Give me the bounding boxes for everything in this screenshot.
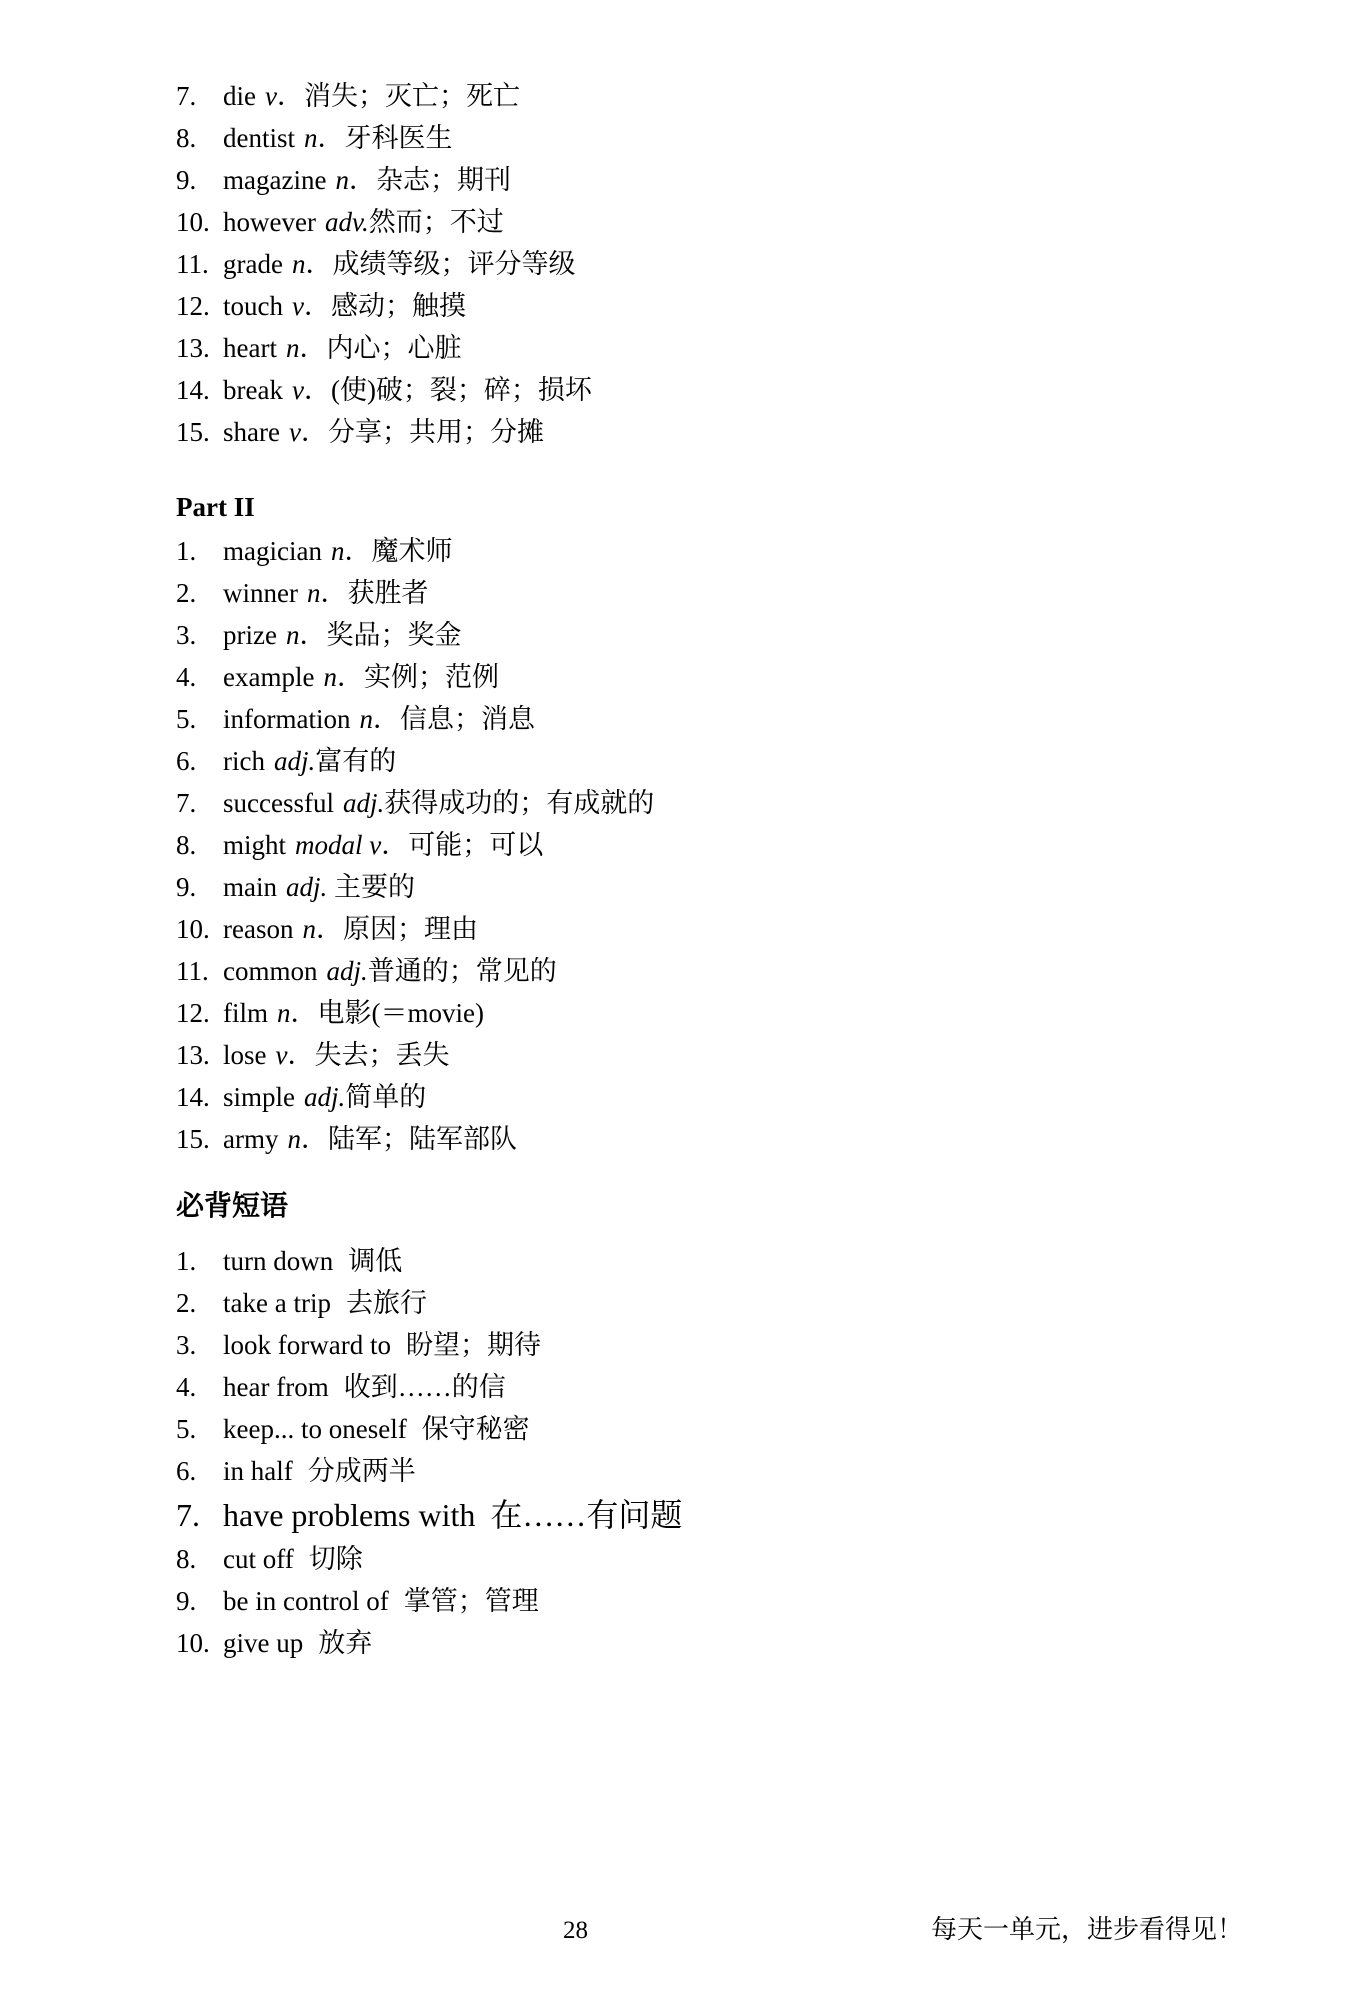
phrase-translation: 掌管；管理 [404,1586,539,1616]
item-translation: ．电影(＝movie) [291,998,484,1028]
phrase-text: be in control of [223,1586,389,1616]
item-translation: ．可能；可以 [381,830,543,860]
word-item: 6.richadj.富有的 [176,740,1275,782]
item-word: touch [223,291,283,321]
item-body: examplen．实例；范例 [223,656,1275,698]
phrase-item: 5.keep... to oneself保守秘密 [176,1408,1275,1450]
item-number: 9. [176,159,223,201]
item-body: winnern．获胜者 [223,572,1275,614]
item-body: magiciann．魔术师 [223,530,1275,572]
item-number: 7. [176,782,223,824]
item-word: main [223,872,277,902]
item-pos: v [289,417,301,447]
item-pos: adj. [274,746,315,776]
item-translation: ．杂志；期刊 [349,165,511,195]
item-number: 8. [176,824,223,866]
item-body: mightmodal v．可能；可以 [223,824,1275,866]
item-word: lose [223,1040,267,1070]
word-item: 11.commonadj.普通的；常见的 [176,950,1275,992]
phrase-translation: 去旅行 [346,1288,427,1318]
item-translation: ．魔术师 [344,536,452,566]
item-number: 3. [176,1324,223,1366]
item-translation: ．获胜者 [320,578,428,608]
item-pos: n [286,620,300,650]
word-item: 11.graden．成绩等级；评分等级 [176,243,1275,285]
item-number: 15. [176,411,223,453]
word-item: 15.armyn．陆军；陆军部队 [176,1118,1275,1160]
item-translation: ．陆军；陆军部队 [301,1124,517,1154]
item-body: keep... to oneself保守秘密 [223,1408,1275,1450]
word-item: 8.mightmodal v．可能；可以 [176,824,1275,866]
item-body: filmn．电影(＝movie) [223,992,1275,1034]
item-number: 10. [176,1622,223,1664]
item-word: magician [223,536,322,566]
part2-header: Part II [176,486,1275,528]
item-number: 12. [176,992,223,1034]
phrase-text: give up [223,1628,303,1658]
item-body: look forward to盼望；期待 [223,1324,1275,1366]
item-number: 2. [176,572,223,614]
phrase-item: 7.have problems with在……有问题 [176,1492,1275,1538]
item-body: take a trip去旅行 [223,1282,1275,1324]
phrase-text: take a trip [223,1288,331,1318]
item-body: in half分成两半 [223,1450,1275,1492]
word-item: 7.diev．消失；灭亡；死亡 [176,75,1275,117]
item-body: reasonn．原因；理由 [223,908,1275,950]
item-body: turn down调低 [223,1240,1275,1282]
word-item: 9.mainadj. 主要的 [176,866,1275,908]
item-word: reason [223,914,293,944]
phrase-item: 4.hear from收到……的信 [176,1366,1275,1408]
item-number: 13. [176,327,223,369]
item-number: 9. [176,866,223,908]
item-pos: adj. [304,1082,345,1112]
word-item: 12.filmn．电影(＝movie) [176,992,1275,1034]
item-translation: 主要的 [327,872,415,902]
item-pos: modal v [295,830,381,860]
word-item: 13.losev．失去；丢失 [176,1034,1275,1076]
item-translation: ．奖品；奖金 [299,620,461,650]
item-body: losev．失去；丢失 [223,1034,1275,1076]
item-pos: n [331,536,345,566]
item-body: graden．成绩等级；评分等级 [223,243,1275,285]
page-content: 7.diev．消失；灭亡；死亡 8.dentistn．牙科医生 9.magazi… [176,75,1275,1664]
document-page: 7.diev．消失；灭亡；死亡 8.dentistn．牙科医生 9.magazi… [0,0,1345,2003]
item-translation: ．实例；范例 [337,662,499,692]
phrase-translation: 放弃 [318,1628,372,1658]
item-body: heartn．内心；心脏 [223,327,1275,369]
item-body: commonadj.普通的；常见的 [223,950,1275,992]
item-word: magazine [223,165,326,195]
item-body: successfuladj.获得成功的；有成就的 [223,782,1275,824]
item-number: 3. [176,614,223,656]
item-number: 5. [176,698,223,740]
item-body: prizen．奖品；奖金 [223,614,1275,656]
item-pos: adv. [325,207,369,237]
item-word: winner [223,578,298,608]
item-translation: ．消失；灭亡；死亡 [277,81,520,111]
item-number: 7. [176,1492,223,1538]
item-pos: n [277,998,291,1028]
item-body: mainadj. 主要的 [223,866,1275,908]
item-number: 4. [176,656,223,698]
item-translation: ．内心；心脏 [299,333,461,363]
item-translation: ．信息；消息 [373,704,535,734]
phrase-item: 10.give up放弃 [176,1622,1275,1664]
footer-slogan: 每天一单元，进步看得见！ [931,1914,1243,1946]
item-translation: ．成绩等级；评分等级 [305,249,575,279]
phrase-item: 6.in half分成两半 [176,1450,1275,1492]
phrase-text: have problems with [223,1497,475,1533]
item-body: be in control of掌管；管理 [223,1580,1275,1622]
phrase-list: 1.turn down调低 2.take a trip去旅行 3.look fo… [176,1240,1275,1664]
word-item: 3.prizen．奖品；奖金 [176,614,1275,656]
item-pos: n [335,165,349,195]
item-pos: n [302,914,316,944]
item-word: common [223,956,318,986]
item-word: example [223,662,314,692]
item-translation: ．牙科医生 [318,123,453,153]
phrase-text: hear from [223,1372,329,1402]
item-translation: 富有的 [315,746,396,776]
phrase-item: 2.take a trip去旅行 [176,1282,1275,1324]
item-number: 5. [176,1408,223,1450]
item-word: heart [223,333,277,363]
item-body: armyn．陆军；陆军部队 [223,1118,1275,1160]
item-body: sharev．分享；共用；分摊 [223,411,1275,453]
item-pos: n [307,578,321,608]
word-item: 8.dentistn．牙科医生 [176,117,1275,159]
item-body: hear from收到……的信 [223,1366,1275,1408]
phrase-translation: 分成两半 [308,1456,416,1486]
phrase-translation: 保守秘密 [422,1414,530,1444]
word-list-part2: 1.magiciann．魔术师 2.winnern．获胜者 3.prizen．奖… [176,530,1275,1160]
item-word: however [223,207,316,237]
item-body: simpleadj.简单的 [223,1076,1275,1118]
item-pos: adj. [343,788,384,818]
word-item: 14.simpleadj.简单的 [176,1076,1275,1118]
item-translation: ．原因；理由 [316,914,478,944]
item-number: 8. [176,1538,223,1580]
item-body: breakv．(使)破；裂；碎；损坏 [223,369,1275,411]
item-number: 10. [176,201,223,243]
item-pos: n [287,1124,301,1154]
word-item: 2.winnern．获胜者 [176,572,1275,614]
item-number: 13. [176,1034,223,1076]
word-item: 10.reasonn．原因；理由 [176,908,1275,950]
item-word: share [223,417,280,447]
word-item: 12.touchv．感动；触摸 [176,285,1275,327]
word-item: 1.magiciann．魔术师 [176,530,1275,572]
phrase-text: look forward to [223,1330,391,1360]
item-translation: 获得成功的；有成就的 [384,788,654,818]
item-word: information [223,704,350,734]
item-number: 2. [176,1282,223,1324]
word-item: 7.successfuladj.获得成功的；有成就的 [176,782,1275,824]
phrase-item: 3.look forward to盼望；期待 [176,1324,1275,1366]
phrase-item: 8.cut off切除 [176,1538,1275,1580]
phrase-text: cut off [223,1544,294,1574]
item-number: 11. [176,243,223,285]
item-number: 10. [176,908,223,950]
item-pos: n [292,249,306,279]
item-word: might [223,830,286,860]
item-number: 6. [176,1450,223,1492]
item-word: simple [223,1082,295,1112]
item-number: 14. [176,369,223,411]
word-item: 10.howeveradv.然而；不过 [176,201,1275,243]
phrase-translation: 收到……的信 [344,1372,506,1402]
item-pos: n [359,704,373,734]
word-list-part1: 7.diev．消失；灭亡；死亡 8.dentistn．牙科医生 9.magazi… [176,75,1275,453]
item-word: grade [223,249,283,279]
item-pos: v [292,291,304,321]
item-translation: ．失去；丢失 [287,1040,449,1070]
word-item: 13.heartn．内心；心脏 [176,327,1275,369]
item-translation: ．感动；触摸 [304,291,466,321]
phrase-text: turn down [223,1246,333,1276]
item-word: army [223,1124,278,1154]
item-body: diev．消失；灭亡；死亡 [223,75,1275,117]
item-word: prize [223,620,277,650]
word-item: 4.examplen．实例；范例 [176,656,1275,698]
item-word: film [223,998,268,1028]
item-number: 7. [176,75,223,117]
word-item: 15.sharev．分享；共用；分摊 [176,411,1275,453]
word-item: 5.informationn．信息；消息 [176,698,1275,740]
item-pos: v [276,1040,288,1070]
item-pos: adj. [327,956,368,986]
phrase-translation: 盼望；期待 [406,1330,541,1360]
phrase-item: 9.be in control of掌管；管理 [176,1580,1275,1622]
item-translation: ．分享；共用；分摊 [301,417,544,447]
item-number: 8. [176,117,223,159]
item-number: 15. [176,1118,223,1160]
item-body: have problems with在……有问题 [223,1492,1275,1538]
item-pos: n [323,662,337,692]
phrase-item: 1.turn down调低 [176,1240,1275,1282]
item-translation: 普通的；常见的 [368,956,557,986]
item-translation: ．(使)破；裂；碎；损坏 [304,375,592,405]
item-body: give up放弃 [223,1622,1275,1664]
item-number: 9. [176,1580,223,1622]
phrase-text: keep... to oneself [223,1414,407,1444]
page-number: 28 [563,1916,588,1946]
item-word: rich [223,746,265,776]
item-body: howeveradv.然而；不过 [223,201,1275,243]
phrase-translation: 在……有问题 [490,1497,682,1533]
item-body: informationn．信息；消息 [223,698,1275,740]
item-translation: 简单的 [345,1082,426,1112]
item-number: 6. [176,740,223,782]
word-item: 14.breakv．(使)破；裂；碎；损坏 [176,369,1275,411]
word-item: 9.magazinen．杂志；期刊 [176,159,1275,201]
item-body: dentistn．牙科医生 [223,117,1275,159]
phrases-header: 必背短语 [176,1186,1275,1228]
item-translation: 然而；不过 [369,207,504,237]
item-word: die [223,81,256,111]
item-body: touchv．感动；触摸 [223,285,1275,327]
item-word: break [223,375,283,405]
item-pos: n [286,333,300,363]
item-body: magazinen．杂志；期刊 [223,159,1275,201]
phrase-text: in half [223,1456,293,1486]
item-word: successful [223,788,334,818]
item-pos: n [304,123,318,153]
item-number: 1. [176,530,223,572]
item-body: richadj.富有的 [223,740,1275,782]
item-number: 11. [176,950,223,992]
item-body: cut off切除 [223,1538,1275,1580]
item-pos: v [265,81,277,111]
item-number: 14. [176,1076,223,1118]
item-word: dentist [223,123,295,153]
phrase-translation: 调低 [348,1246,402,1276]
item-number: 1. [176,1240,223,1282]
item-pos: adj. [286,872,327,902]
item-number: 12. [176,285,223,327]
phrase-translation: 切除 [309,1544,363,1574]
item-pos: v [292,375,304,405]
item-number: 4. [176,1366,223,1408]
